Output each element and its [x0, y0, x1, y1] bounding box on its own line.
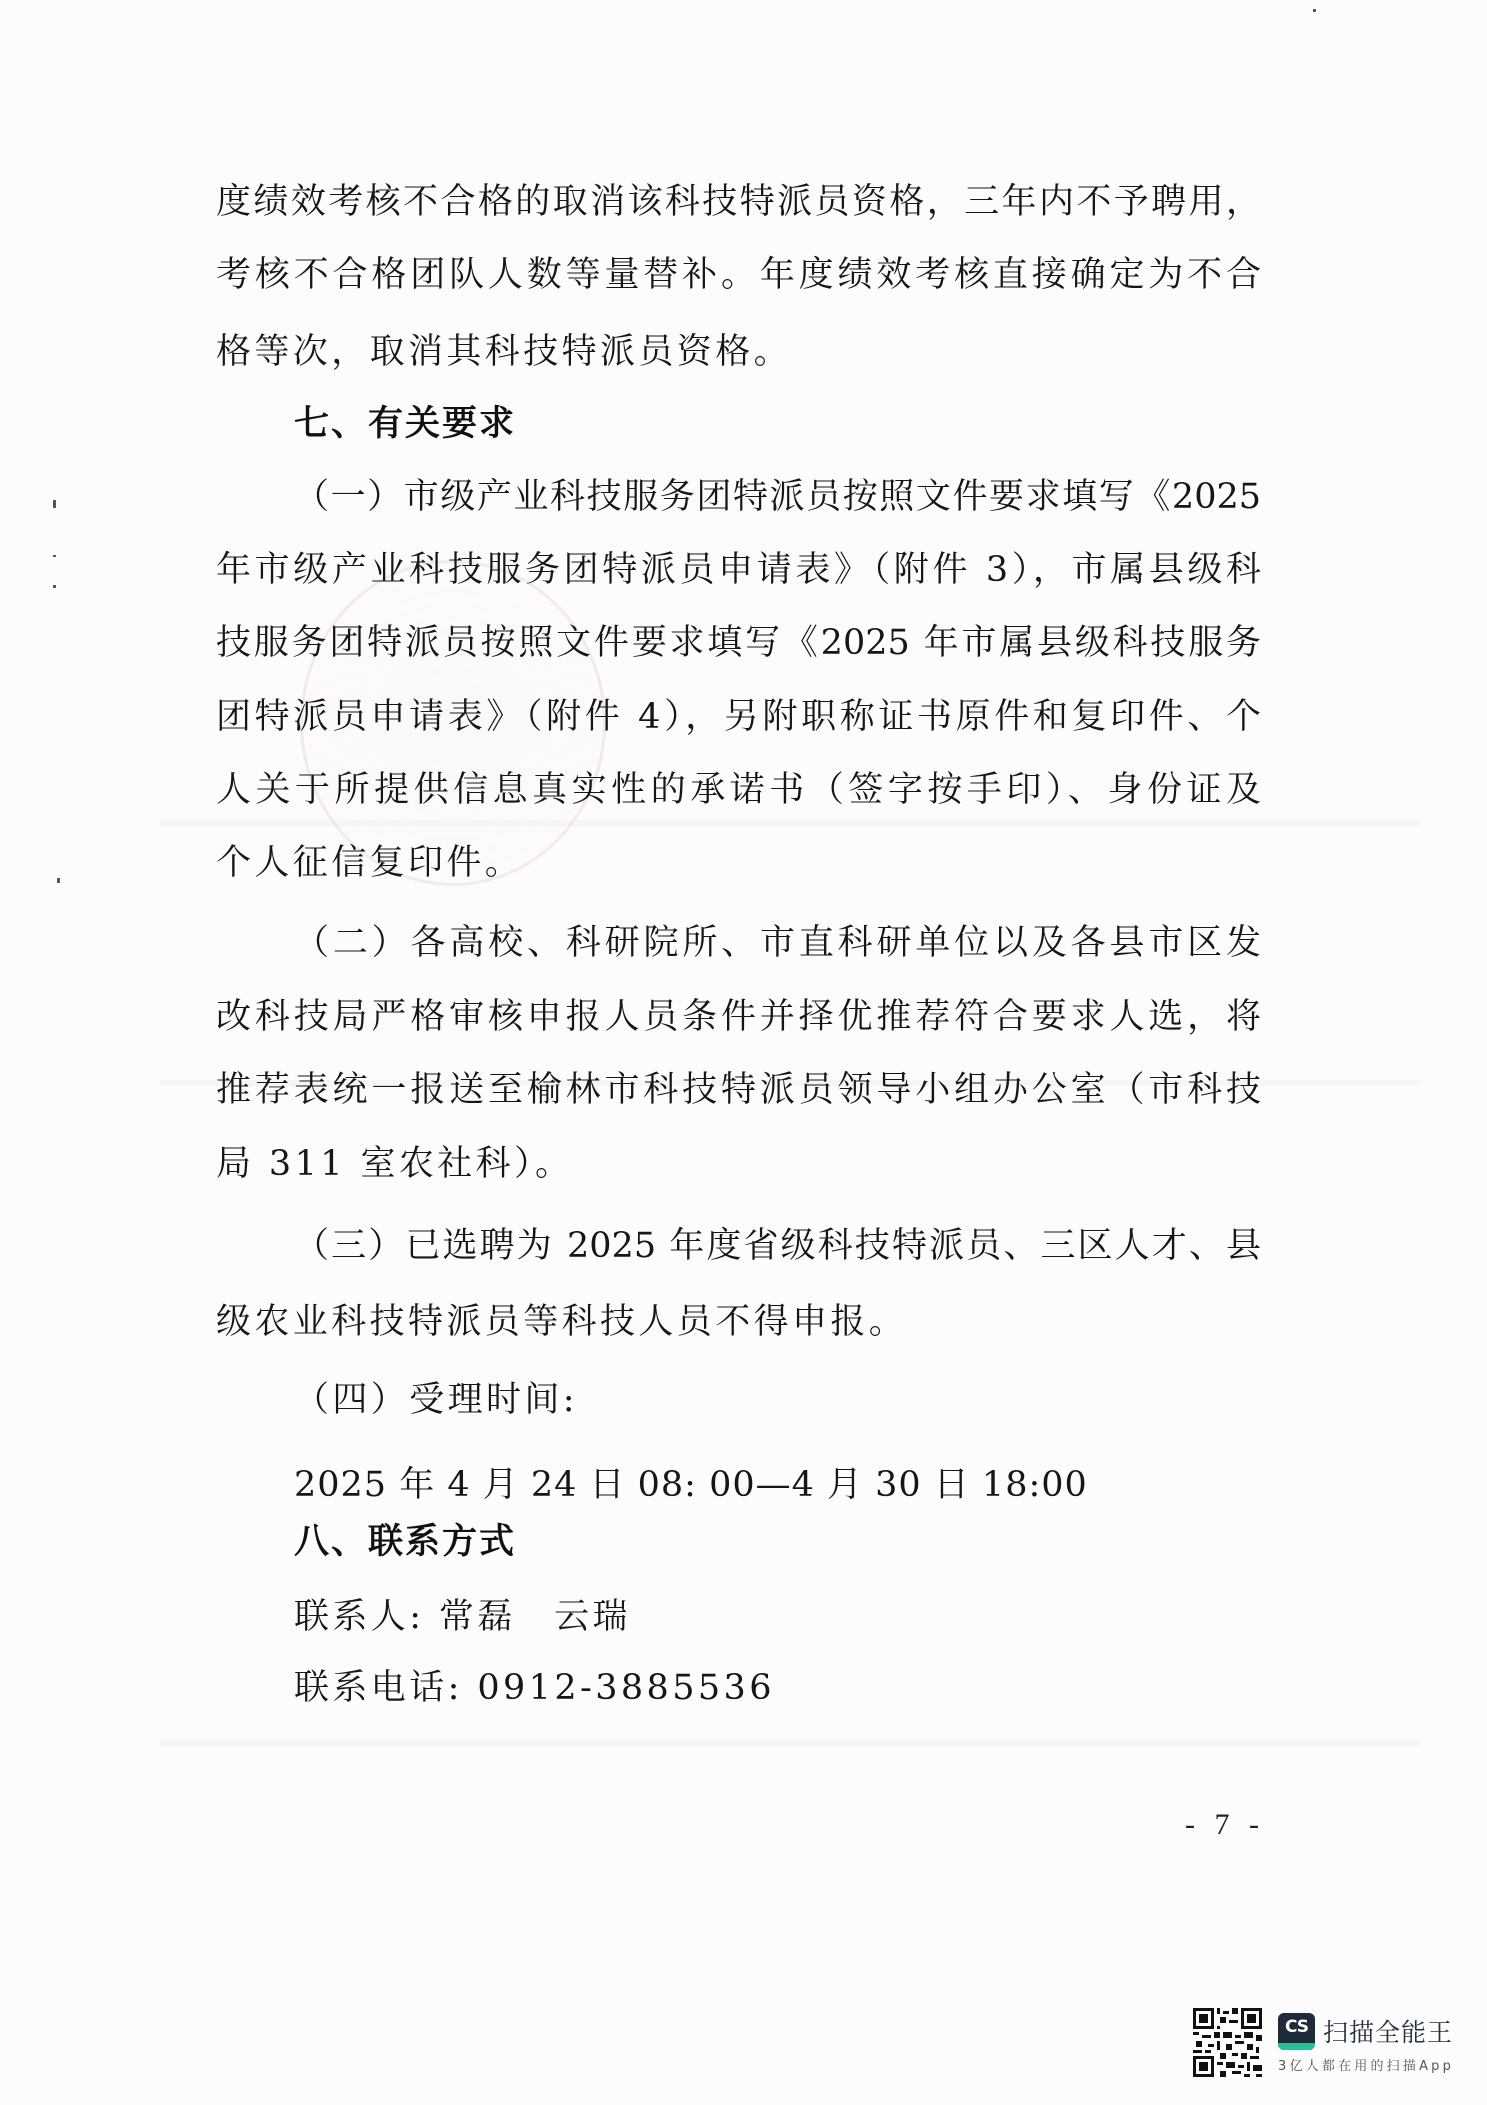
- section-heading-requirements: 七、有关要求: [294, 402, 1261, 446]
- scan-dot: [53, 585, 56, 588]
- text-line: 个人征信复印件。: [216, 841, 1261, 885]
- scanned-document-page: 度绩效考核不合格的取消该科技特派员资格，三年内不予聘用， 考核不合格团队人数等量…: [0, 0, 1487, 2105]
- scan-dot: [57, 878, 60, 883]
- section-heading-contact: 八、联系方式: [294, 1520, 1261, 1564]
- page-number: - 7 -: [1183, 1806, 1267, 1844]
- scan-dot: [53, 555, 56, 557]
- text-line: 技服务团特派员按照文件要求填写《2025 年市属县级科技服务: [216, 621, 1261, 665]
- scan-dot: [53, 500, 56, 508]
- text-line: 改科技局严格审核申报人员条件并择优推荐符合要求人选，将: [216, 995, 1261, 1039]
- text-line: （三）已选聘为 2025 年度省级科技特派员、三区人才、县: [294, 1224, 1261, 1268]
- logo-text: CS: [1278, 2017, 1315, 2037]
- scan-artifact: [160, 1740, 1420, 1746]
- text-line: 年市级产业科技服务团特派员申请表》（附件 3），市属县级科: [216, 548, 1261, 592]
- logo-accent-band: [1278, 2043, 1315, 2050]
- watermark-tagline: 3亿人都在用的扫描App: [1278, 2057, 1454, 2077]
- text-line: 团特派员申请表》（附件 4），另附职称证书原件和复印件、个: [216, 695, 1261, 739]
- watermark-app-name: 扫描全能王: [1323, 2017, 1453, 2049]
- text-line: 级农业科技特派员等科技人员不得申报。: [216, 1300, 1261, 1344]
- text-line: 考核不合格团队人数等量替补。年度绩效考核直接确定为不合: [216, 253, 1261, 297]
- qr-code-icon: [1193, 2008, 1262, 2077]
- scan-dot: [1313, 9, 1316, 12]
- contact-phone: 联系电话: 0912-3885536: [294, 1666, 1261, 1710]
- text-line: （二）各高校、科研院所、市直科研单位以及各县市区发: [294, 921, 1261, 965]
- acceptance-time-value: 2025 年 4 月 24 日 08: 00—4 月 30 日 18:00: [294, 1463, 1261, 1507]
- text-line: 人关于所提供信息真实性的承诺书（签字按手印）、身份证及: [216, 768, 1261, 812]
- text-line: 度绩效考核不合格的取消该科技特派员资格，三年内不予聘用，: [216, 180, 1261, 224]
- text-line: 格等次，取消其科技特派员资格。: [216, 330, 1261, 374]
- text-line: 推荐表统一报送至榆林市科技特派员领导小组办公室（市科技: [216, 1068, 1261, 1112]
- text-line: 局 311 室农社科）。: [216, 1142, 1261, 1186]
- text-line: （一）市级产业科技服务团特派员按照文件要求填写《2025: [294, 475, 1261, 519]
- scan-artifact: [160, 820, 1420, 826]
- contact-person: 联系人: 常磊 云瑞: [294, 1595, 1261, 1639]
- camscanner-logo-icon: CS: [1278, 2013, 1315, 2050]
- acceptance-time-label: （四）受理时间:: [294, 1378, 1261, 1422]
